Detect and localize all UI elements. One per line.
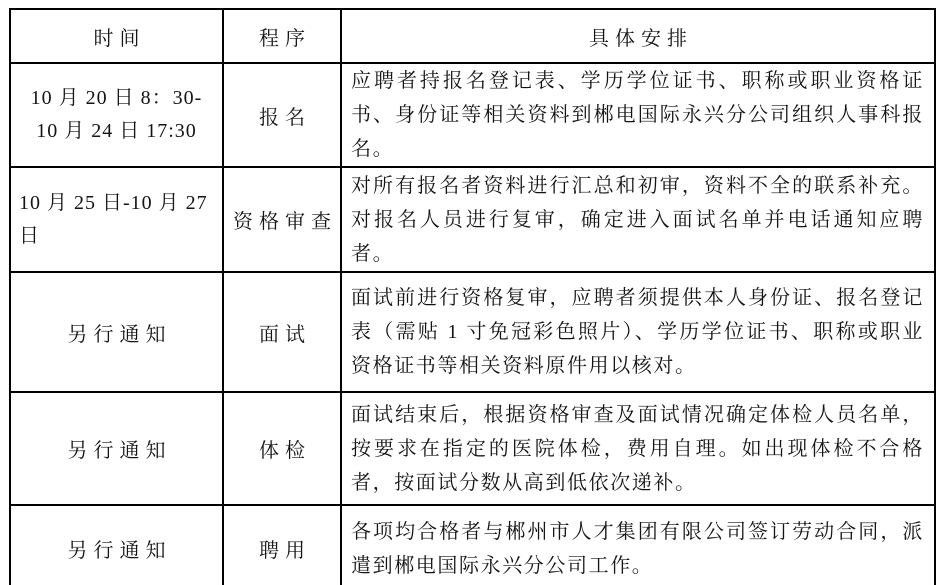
table-row: 另行通知 体检 面试结束后，根据资格审查及面试情况确定体检人员名单，按要求在指定… [10,392,935,505]
row-1-procedure-cell: 报名 [223,63,341,167]
table-row: 另行通知 面试 面试前进行资格复审，应聘者须提供本人身份证、报名登记表（需贴 1… [10,272,935,392]
row-1-detail-cell: 应聘者持报名登记表、学历学位证书、职称或职业资格证书、身份证等相关资料到郴电国际… [341,63,935,167]
row-5-procedure-cell: 聘用 [223,505,341,585]
header-time: 时间 [10,9,223,63]
row-2-procedure-cell: 资格审查 [223,167,341,272]
table-row: 另行通知 聘用 各项均合格者与郴州市人才集团有限公司签订劳动合同，派遣到郴电国际… [10,505,935,585]
row-3-procedure-cell: 面试 [223,272,341,392]
row-3-detail-cell: 面试前进行资格复审，应聘者须提供本人身份证、报名登记表（需贴 1 寸免冠彩色照片… [341,272,935,392]
row-4-time-cell: 另行通知 [10,392,223,505]
row-3-time-cell: 另行通知 [10,272,223,392]
header-detail: 具体安排 [341,9,935,63]
row-2-time-cell: 10 月 25 日-10 月 27 日 [10,167,223,272]
document-page: 时间 程序 具体安排 10 月 20 日 8：30- 10 月 24 日 17:… [0,0,945,585]
table-header-row: 时间 程序 具体安排 [10,9,935,63]
recruitment-schedule-table: 时间 程序 具体安排 10 月 20 日 8：30- 10 月 24 日 17:… [9,8,936,585]
header-procedure: 程序 [223,9,341,63]
row-4-detail-cell: 面试结束后，根据资格审查及面试情况确定体检人员名单，按要求在指定的医院体检，费用… [341,392,935,505]
row-5-time-cell: 另行通知 [10,505,223,585]
row-5-detail-cell: 各项均合格者与郴州市人才集团有限公司签订劳动合同，派遣到郴电国际永兴分公司工作。 [341,505,935,585]
row-2-detail-cell: 对所有报名者资料进行汇总和初审，资料不全的联系补充。对报名人员进行复审，确定进入… [341,167,935,272]
table-row: 10 月 25 日-10 月 27 日 资格审查 对所有报名者资料进行汇总和初审… [10,167,935,272]
table-row: 10 月 20 日 8：30- 10 月 24 日 17:30 报名 应聘者持报… [10,63,935,167]
row-4-procedure-cell: 体检 [223,392,341,505]
row-1-time-cell: 10 月 20 日 8：30- 10 月 24 日 17:30 [10,63,223,167]
